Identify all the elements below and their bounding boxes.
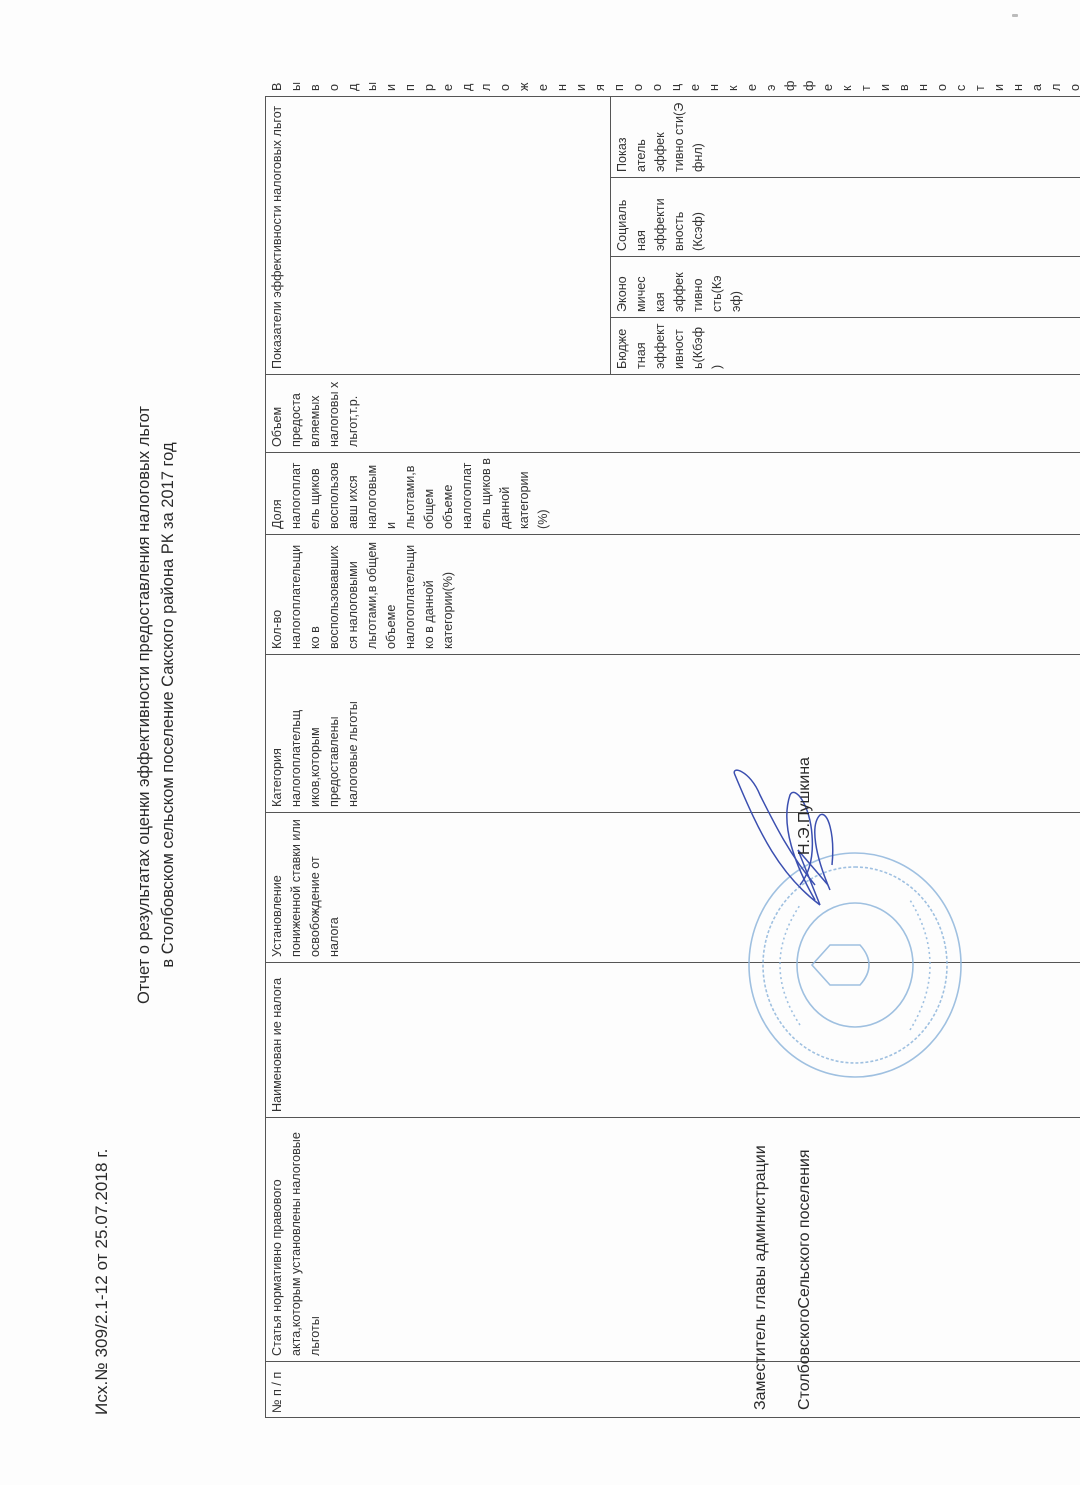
signer-position-line-2: СтолбовскогоСельского поселения bbox=[796, 1149, 814, 1410]
header-row: № п / п Статья нормативно правового акта… bbox=[266, 96, 611, 1417]
header-social-eff: Социаль ная эффекти вность (Ксэф) bbox=[611, 178, 1080, 257]
header-num: № п / п bbox=[266, 1362, 1080, 1418]
report-title-line-1: Отчет о результатах оценки эффективности… bbox=[132, 345, 156, 1065]
scan-artifact bbox=[1012, 14, 1018, 17]
header-count: Кол-во налогоплательщико в воспользовавш… bbox=[266, 535, 1080, 655]
signer-position-line-1: Заместитель главы администрации bbox=[752, 1145, 770, 1410]
outgoing-number: Исх.№ 309/2.1-12 от 25.07.2018 г. bbox=[92, 1149, 112, 1415]
header-eff-indicator: Показ атель эффек тивно сти(Э фнл) bbox=[611, 96, 1080, 177]
header-budget-eff: Бюдже тная эффект ивност ь(Кбэф) bbox=[611, 318, 1080, 375]
header-volume: Объем предоста вляемых налоговы х льгот,… bbox=[266, 375, 1080, 453]
header-category: Категория налогоплательщ иков,которым пр… bbox=[266, 655, 1080, 813]
header-economic-eff: Эконо мичес кая эффек тивно сть(Кэ эф) bbox=[611, 257, 1080, 318]
report-title: Отчет о результатах оценки эффективности… bbox=[132, 345, 180, 1065]
report-title-line-2: в Столбовском сельском поселение Сакског… bbox=[156, 345, 180, 1065]
signer-name: Н.Э.Пушкина bbox=[796, 757, 814, 855]
header-reduced-rate: Установление пониженной ставки или освоб… bbox=[266, 813, 1080, 963]
header-article: Статья нормативно правового акта,которым… bbox=[266, 1118, 1080, 1362]
document-sheet: Исх.№ 309/2.1-12 от 25.07.2018 г. Отчет … bbox=[0, 0, 1080, 1485]
header-tax-name: Наименован ие налога bbox=[266, 963, 1080, 1118]
tax-benefit-report-table: № п / п Статья нормативно правового акта… bbox=[265, 96, 1080, 1418]
header-share: Доля налогоплатель щиков воспользовавш и… bbox=[266, 453, 1080, 535]
header-indicators-group: Показатели эффективности налоговых льгот bbox=[266, 96, 611, 374]
